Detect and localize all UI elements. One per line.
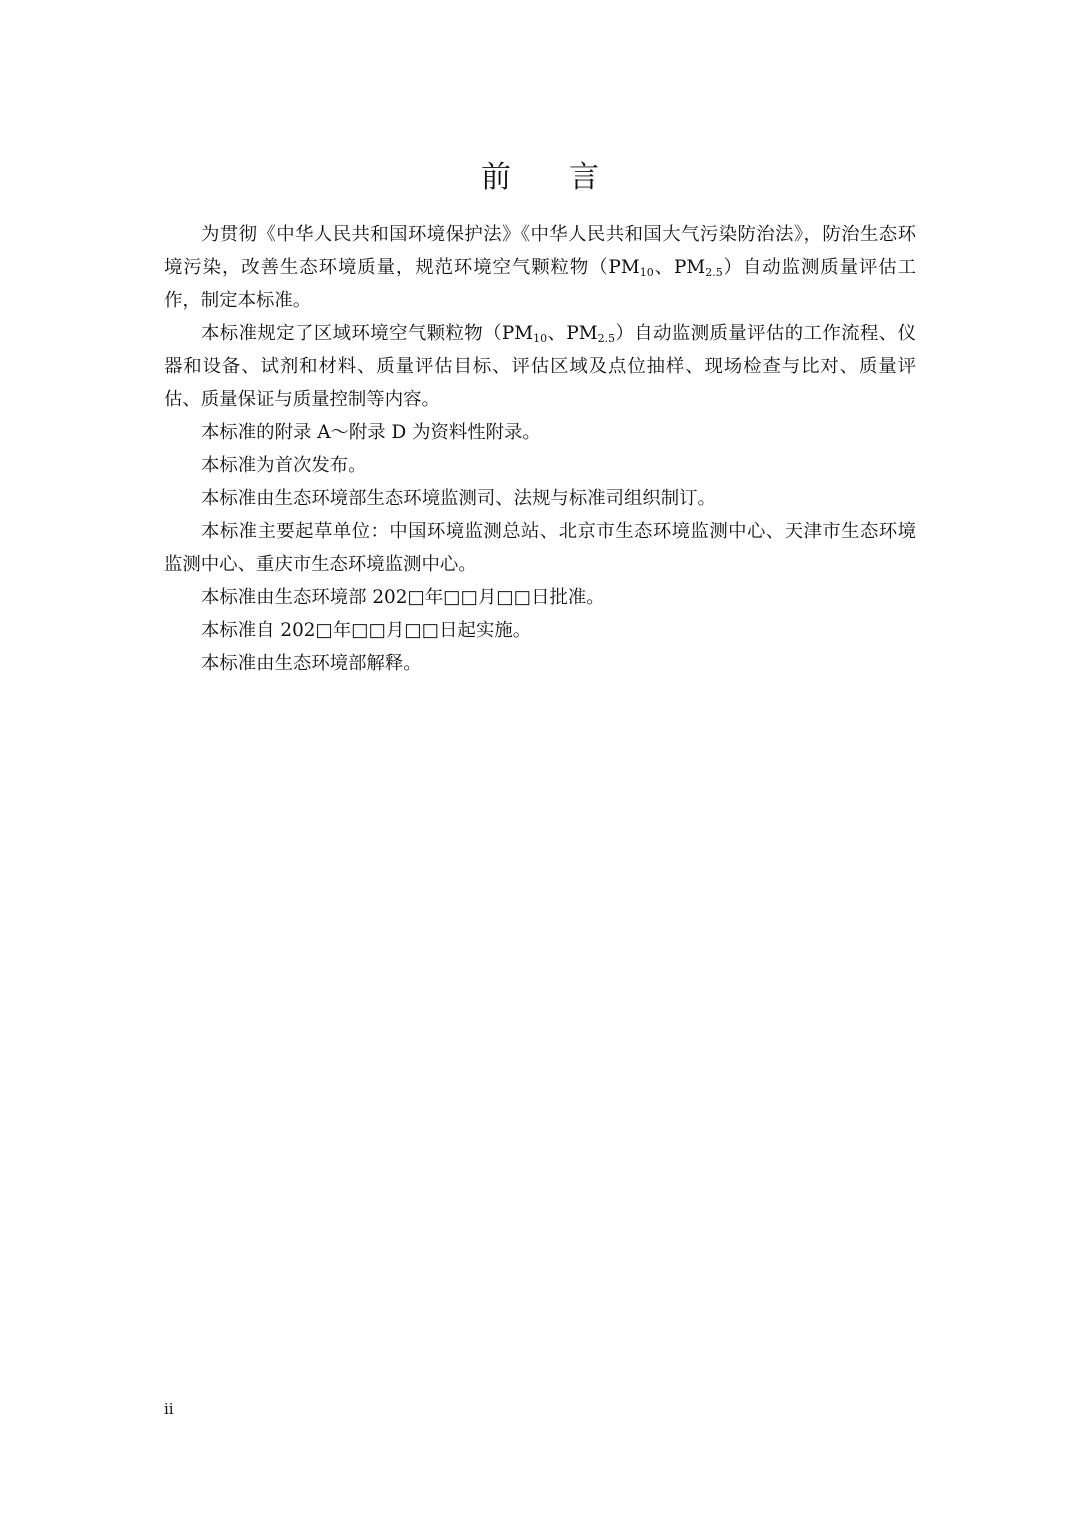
paragraph-effective: 本标准自 202□年□□月□□日起实施。 [164,614,916,647]
page-title: 前言 [0,152,1080,196]
paragraph-approval: 本标准由生态环境部 202□年□□月□□日批准。 [164,581,916,614]
paragraph-first-release: 本标准为首次发布。 [164,449,916,482]
paragraph-drafters: 本标准主要起草单位：中国环境监测总站、北京市生态环境监测中心、天津市生态环境监测… [164,515,916,581]
preface-body: 为贯彻《中华人民共和国环境保护法》《中华人民共和国大气污染防治法》，防治生态环境… [164,218,916,680]
paragraph-scope: 本标准规定了区域环境空气颗粒物（PM10、PM2.5）自动监测质量评估的工作流程… [164,317,916,416]
page-number: ii [164,1400,174,1418]
paragraph-appendix: 本标准的附录 A～附录 D 为资料性附录。 [164,416,916,449]
paragraph-purpose: 为贯彻《中华人民共和国环境保护法》《中华人民共和国大气污染防治法》，防治生态环境… [164,218,916,317]
paragraph-organizer: 本标准由生态环境部生态环境监测司、法规与标准司组织制订。 [164,482,916,515]
paragraph-interpretation: 本标准由生态环境部解释。 [164,647,916,680]
